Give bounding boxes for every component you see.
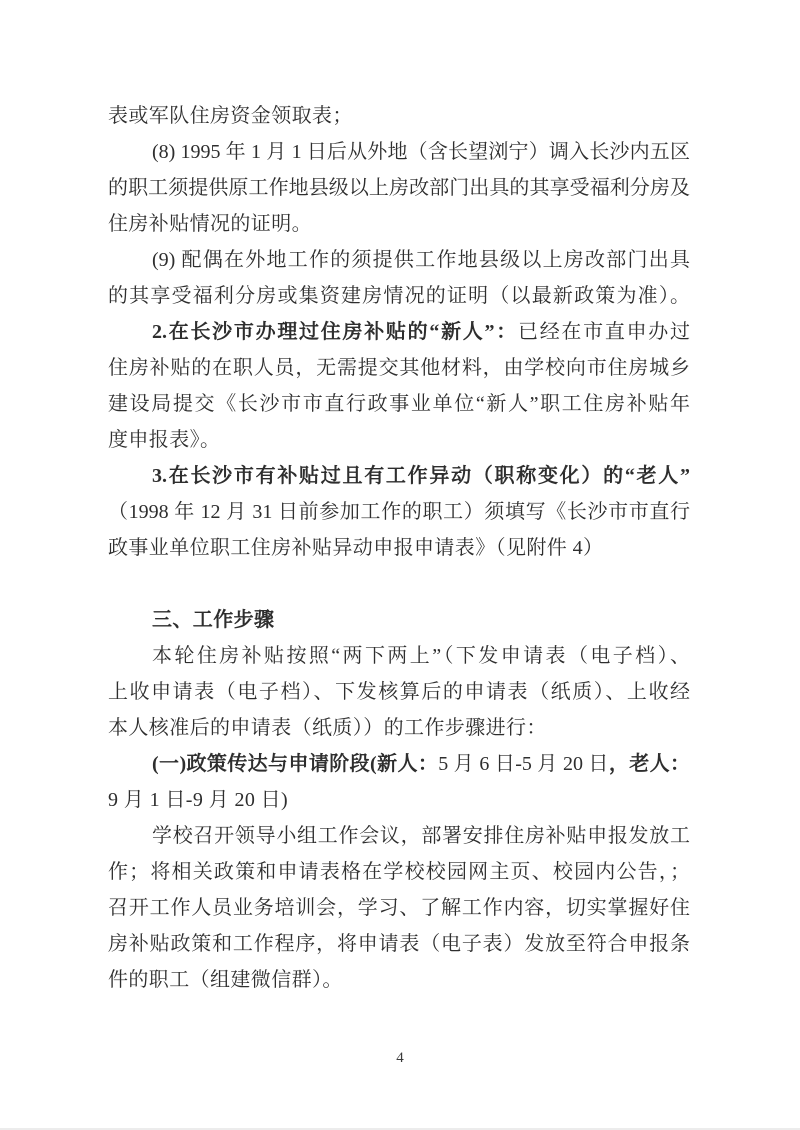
text-line: 住房补贴情况的证明。 [108, 206, 690, 242]
text-segment: 的其享受福利分房或集资建房情况的证明（以最新政策为准）。 [108, 285, 690, 307]
text-segment: 本轮住房补贴按照“两下两上”（下发申请表（电子档）、 [152, 645, 690, 667]
text-line: 3.在长沙市有补贴过且有工作异动（职称变化）的“老人” [108, 458, 690, 494]
text-segment: 召开工作人员业务培训会，学习、了解工作内容，切实掌握好住 [108, 897, 690, 919]
text-line: 的其享受福利分房或集资建房情况的证明（以最新政策为准）。 [108, 278, 690, 314]
text-segment: 9 月 1 日-9 月 20 日) [108, 789, 288, 811]
text-segment: 表或军队住房资金领取表； [108, 105, 353, 127]
text-line: (一)政策传达与申请阶段(新人：5 月 6 日-5 月 20 日，老人： [108, 746, 690, 782]
text-segment: 度申报表》。 [108, 429, 220, 451]
text-line: 9 月 1 日-9 月 20 日) [108, 782, 690, 818]
text-segment: 政事业单位职工住房补贴异动申报申请表》（见附件 4） [108, 537, 603, 559]
text-segment: 已经在市直申办过 [518, 321, 690, 343]
text-segment: （1998 年 12 月 31 日前参加工作的职工）须填写《长沙市市直行 [108, 501, 690, 523]
text-line: (8) 1995 年 1 月 1 日后从外地（含长望浏宁）调入长沙内五区 [108, 134, 690, 170]
text-line [108, 566, 690, 602]
text-segment: 作；将相关政策和申请表格在学校校园网主页、校园内公告，； [108, 861, 690, 883]
text-segment: 学校召开领导小组工作会议，部署安排住房补贴申报发放工 [152, 825, 690, 847]
text-line: 房补贴政策和工作程序，将申请表（电子表）发放至符合申报条 [108, 926, 690, 962]
text-line: 政事业单位职工住房补贴异动申报申请表》（见附件 4） [108, 530, 690, 566]
bold-text-segment: 2.在长沙市办理过住房补贴的“新人”： [152, 321, 518, 343]
text-segment: 件的职工（组建微信群）。 [108, 969, 343, 991]
text-segment: (8) 1995 年 1 月 1 日后从外地（含长望浏宁）调入长沙内五区 [152, 141, 690, 163]
text-line: 作；将相关政策和申请表格在学校校园网主页、校园内公告，； [108, 854, 690, 890]
text-segment: 住房补贴的在职人员，无需提交其他材料，由学校向市住房城乡 [108, 357, 690, 379]
bold-text-segment: ，老人： [609, 753, 690, 775]
text-line: 建设局提交《长沙市市直行政事业单位“新人”职工住房补贴年 [108, 386, 690, 422]
text-line: (9) 配偶在外地工作的须提供工作地县级以上房改部门出具 [108, 242, 690, 278]
text-line: 表或军队住房资金领取表； [108, 98, 690, 134]
text-segment: 本人核准后的申请表（纸质））的工作步骤进行： [108, 717, 547, 739]
text-line: 2.在长沙市办理过住房补贴的“新人”：已经在市直申办过 [108, 314, 690, 350]
page-number: 4 [0, 1050, 800, 1067]
text-line: 度申报表》。 [108, 422, 690, 458]
text-segment: 的职工须提供原工作地县级以上房改部门出具的其享受福利分房及 [108, 177, 690, 199]
text-segment: 房补贴政策和工作程序，将申请表（电子表）发放至符合申报条 [108, 933, 690, 955]
text-line: 本人核准后的申请表（纸质））的工作步骤进行： [108, 710, 690, 746]
text-line: 的职工须提供原工作地县级以上房改部门出具的其享受福利分房及 [108, 170, 690, 206]
document-page: 表或军队住房资金领取表；(8) 1995 年 1 月 1 日后从外地（含长望浏宁… [0, 0, 800, 1130]
text-line: 学校召开领导小组工作会议，部署安排住房补贴申报发放工 [108, 818, 690, 854]
text-segment: 5 月 6 日-5 月 20 日 [438, 753, 609, 775]
text-line: 本轮住房补贴按照“两下两上”（下发申请表（电子档）、 [108, 638, 690, 674]
bold-text-segment: 三、工作步骤 [152, 609, 274, 631]
text-line: （1998 年 12 月 31 日前参加工作的职工）须填写《长沙市市直行 [108, 494, 690, 530]
text-segment: (9) 配偶在外地工作的须提供工作地县级以上房改部门出具 [152, 249, 690, 271]
bold-text-segment: 3.在长沙市有补贴过且有工作异动（职称变化）的“老人” [152, 465, 690, 487]
text-line: 件的职工（组建微信群）。 [108, 962, 690, 998]
text-line: 三、工作步骤 [108, 602, 690, 638]
text-segment: 上收申请表（电子档）、下发核算后的申请表（纸质）、上收经 [108, 681, 690, 703]
text-segment: 住房补贴情况的证明。 [108, 213, 312, 235]
bold-text-segment: (一)政策传达与申请阶段(新人： [152, 753, 438, 775]
text-line: 住房补贴的在职人员，无需提交其他材料，由学校向市住房城乡 [108, 350, 690, 386]
text-line: 召开工作人员业务培训会，学习、了解工作内容，切实掌握好住 [108, 890, 690, 926]
text-segment: 建设局提交《长沙市市直行政事业单位“新人”职工住房补贴年 [108, 393, 690, 415]
text-line: 上收申请表（电子档）、下发核算后的申请表（纸质）、上收经 [108, 674, 690, 710]
document-body-text: 表或军队住房资金领取表；(8) 1995 年 1 月 1 日后从外地（含长望浏宁… [108, 98, 690, 998]
